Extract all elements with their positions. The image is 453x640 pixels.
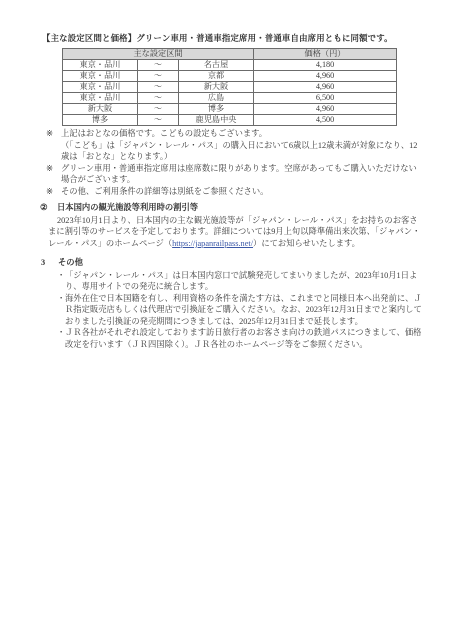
table-caption: 【主な設定区間と価格】グリーン車用・普通車指定席用・普通車自由席用ともに同額です… xyxy=(42,33,432,44)
header-section: 主な設定区間 xyxy=(63,49,254,60)
cell-station-from: 新大阪 xyxy=(63,104,138,115)
cell-station-to: 新大阪 xyxy=(179,82,254,93)
section-number: 3 xyxy=(41,257,58,269)
bullet-text: 「ジャパン・レール・パス」は日本国内窓口で試験発売してまいりましたが、2023年… xyxy=(65,270,424,293)
table-header-row: 主な設定区間 価格（円） xyxy=(63,49,397,60)
table-row: 博多 ～ 鹿児島中央 4,500 xyxy=(63,115,397,126)
cell-station-to: 名古屋 xyxy=(179,60,254,71)
section-number: ② xyxy=(40,202,57,214)
section-other: 3 その他 ・ 「ジャパン・レール・パス」は日本国内窓口で試験発売してまいりまし… xyxy=(41,257,424,350)
section-discounts-paragraph: 2023年10月1日より、日本国内の主な観光施設等が「ジャパン・レール・パス」を… xyxy=(48,215,424,250)
header-price: 価格（円） xyxy=(254,49,397,60)
cell-tilde: ～ xyxy=(138,82,179,93)
paragraph-text-after: ）にてお知らせいたします。 xyxy=(253,239,360,248)
cell-tilde: ～ xyxy=(138,93,179,104)
bullet-item: ・ 「ジャパン・レール・パス」は日本国内窓口で試験発売してまいりましたが、202… xyxy=(57,270,424,293)
section-other-heading: 3 その他 xyxy=(41,257,424,269)
table-row: 東京・品川 ～ 京都 4,960 xyxy=(63,71,397,82)
cell-price: 4,960 xyxy=(254,71,397,82)
bullet-item: ・ 海外在住で日本国籍を有し、利用資格の条件を満たす方は、これまでと同様日本へ出… xyxy=(57,293,424,328)
table-row: 東京・品川 ～ 広島 6,500 xyxy=(63,93,397,104)
cell-price: 4,960 xyxy=(254,104,397,115)
cell-tilde: ～ xyxy=(138,60,179,71)
bullet-marker: ・ xyxy=(57,327,65,350)
bullet-list: ・ 「ジャパン・レール・パス」は日本国内窓口で試験発売してまいりましたが、202… xyxy=(57,270,424,351)
table-row: 東京・品川 ～ 新大阪 4,960 xyxy=(63,82,397,93)
section-title: その他 xyxy=(58,257,83,269)
bullet-text: 海外在住で日本国籍を有し、利用資格の条件を満たす方は、これまでと同様日本へ出発前… xyxy=(65,293,424,328)
note-marker: ※ xyxy=(46,186,61,198)
note-item: ※ グリーン車用・普通車指定席用は座席数に限りがあります。空席があってもご購入い… xyxy=(46,163,422,186)
cell-price: 4,960 xyxy=(254,82,397,93)
section-title: 日本国内の観光施設等利用時の割引等 xyxy=(57,202,198,214)
cell-station-from: 東京・品川 xyxy=(63,60,138,71)
bullet-marker: ・ xyxy=(57,270,65,293)
table-row: 新大阪 ～ 博多 4,960 xyxy=(63,104,397,115)
note-text: グリーン車用・普通車指定席用は座席数に限りがあります。空席があってもご購入いただ… xyxy=(61,163,422,186)
cell-station-to: 鹿児島中央 xyxy=(179,115,254,126)
bullet-marker: ・ xyxy=(57,293,65,328)
cell-station-to: 京都 xyxy=(179,71,254,82)
notes-list: ※ 上記はおとなの価格です。こどもの設定もございます。 （「こども」は「ジャパン… xyxy=(46,128,422,197)
price-table: 主な設定区間 価格（円） 東京・品川 ～ 名古屋 4,180 東京・品川 ～ 京… xyxy=(62,48,397,126)
homepage-link[interactable]: https://japanrailpass.net/ xyxy=(172,239,253,248)
bullet-text: ＪＲ各社がそれぞれ設定しております訪日旅行者のお客さま向けの鉄道パスにつきまして… xyxy=(65,327,424,350)
section-discounts: ② 日本国内の観光施設等利用時の割引等 2023年10月1日より、日本国内の主な… xyxy=(40,202,424,249)
note-item: ※ その他、ご利用条件の詳細等は別紙をご参照ください。 xyxy=(46,186,422,198)
cell-tilde: ～ xyxy=(138,71,179,82)
note-text: 上記はおとなの価格です。こどもの設定もございます。 （「こども」は「ジャパン・レ… xyxy=(61,128,422,163)
cell-station-from: 東京・品川 xyxy=(63,71,138,82)
document-page: 【主な設定区間と価格】グリーン車用・普通車指定席用・普通車自由席用ともに同額です… xyxy=(0,0,453,640)
cell-price: 4,500 xyxy=(254,115,397,126)
note-text: その他、ご利用条件の詳細等は別紙をご参照ください。 xyxy=(61,186,422,198)
cell-price: 4,180 xyxy=(254,60,397,71)
cell-station-to: 広島 xyxy=(179,93,254,104)
table-row: 東京・品川 ～ 名古屋 4,180 xyxy=(63,60,397,71)
cell-price: 6,500 xyxy=(254,93,397,104)
note-marker: ※ xyxy=(46,163,61,186)
cell-station-from: 東京・品川 xyxy=(63,82,138,93)
cell-tilde: ～ xyxy=(138,115,179,126)
bullet-item: ・ ＪＲ各社がそれぞれ設定しております訪日旅行者のお客さま向けの鉄道パスにつきま… xyxy=(57,327,424,350)
note-marker: ※ xyxy=(46,128,61,163)
section-discounts-heading: ② 日本国内の観光施設等利用時の割引等 xyxy=(40,202,424,214)
cell-station-from: 博多 xyxy=(63,115,138,126)
cell-station-to: 博多 xyxy=(179,104,254,115)
note-item: ※ 上記はおとなの価格です。こどもの設定もございます。 （「こども」は「ジャパン… xyxy=(46,128,422,163)
cell-tilde: ～ xyxy=(138,104,179,115)
cell-station-from: 東京・品川 xyxy=(63,93,138,104)
